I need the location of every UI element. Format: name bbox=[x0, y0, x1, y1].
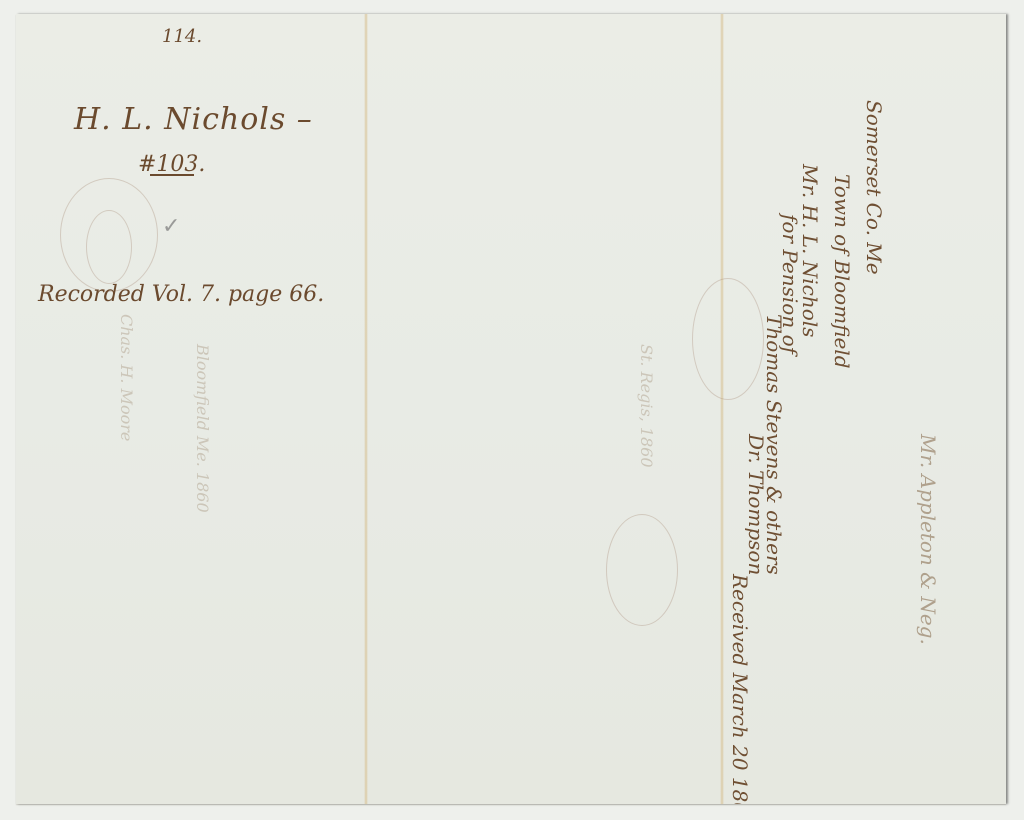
address-line: Dr. Thompson bbox=[744, 434, 768, 575]
check-mark-icon: ✓ bbox=[162, 214, 180, 239]
docket-name: H. L. Nichols – bbox=[74, 102, 313, 137]
bleed-through-text: St. Regis, 1860 bbox=[637, 344, 656, 468]
address-line: Town of Bloomfield bbox=[830, 174, 854, 369]
seal-impression-icon bbox=[86, 210, 132, 284]
docket-number: 114. bbox=[162, 26, 202, 47]
bleed-through-text: Bloomfield Me. 1860 bbox=[193, 344, 212, 513]
address-line: Somerset Co. Me bbox=[862, 100, 886, 275]
fold-crease bbox=[720, 14, 724, 804]
seal-impression-icon bbox=[606, 514, 678, 626]
record-line: Recorded Vol. 7. page 66. bbox=[38, 282, 324, 307]
seal-impression-icon bbox=[692, 278, 764, 400]
document-sheet: 114. H. L. Nichols – #103. ✓ Recorded Vo… bbox=[16, 14, 1006, 804]
fold-crease bbox=[364, 14, 368, 804]
folio-underline bbox=[150, 174, 194, 176]
address-line: Mr. Appleton & Neg. bbox=[916, 434, 940, 645]
middle-panel bbox=[366, 14, 722, 804]
bleed-through-text: Chas. H. Moore bbox=[117, 314, 136, 441]
address-line: Received March 20 1860 bbox=[728, 574, 752, 804]
